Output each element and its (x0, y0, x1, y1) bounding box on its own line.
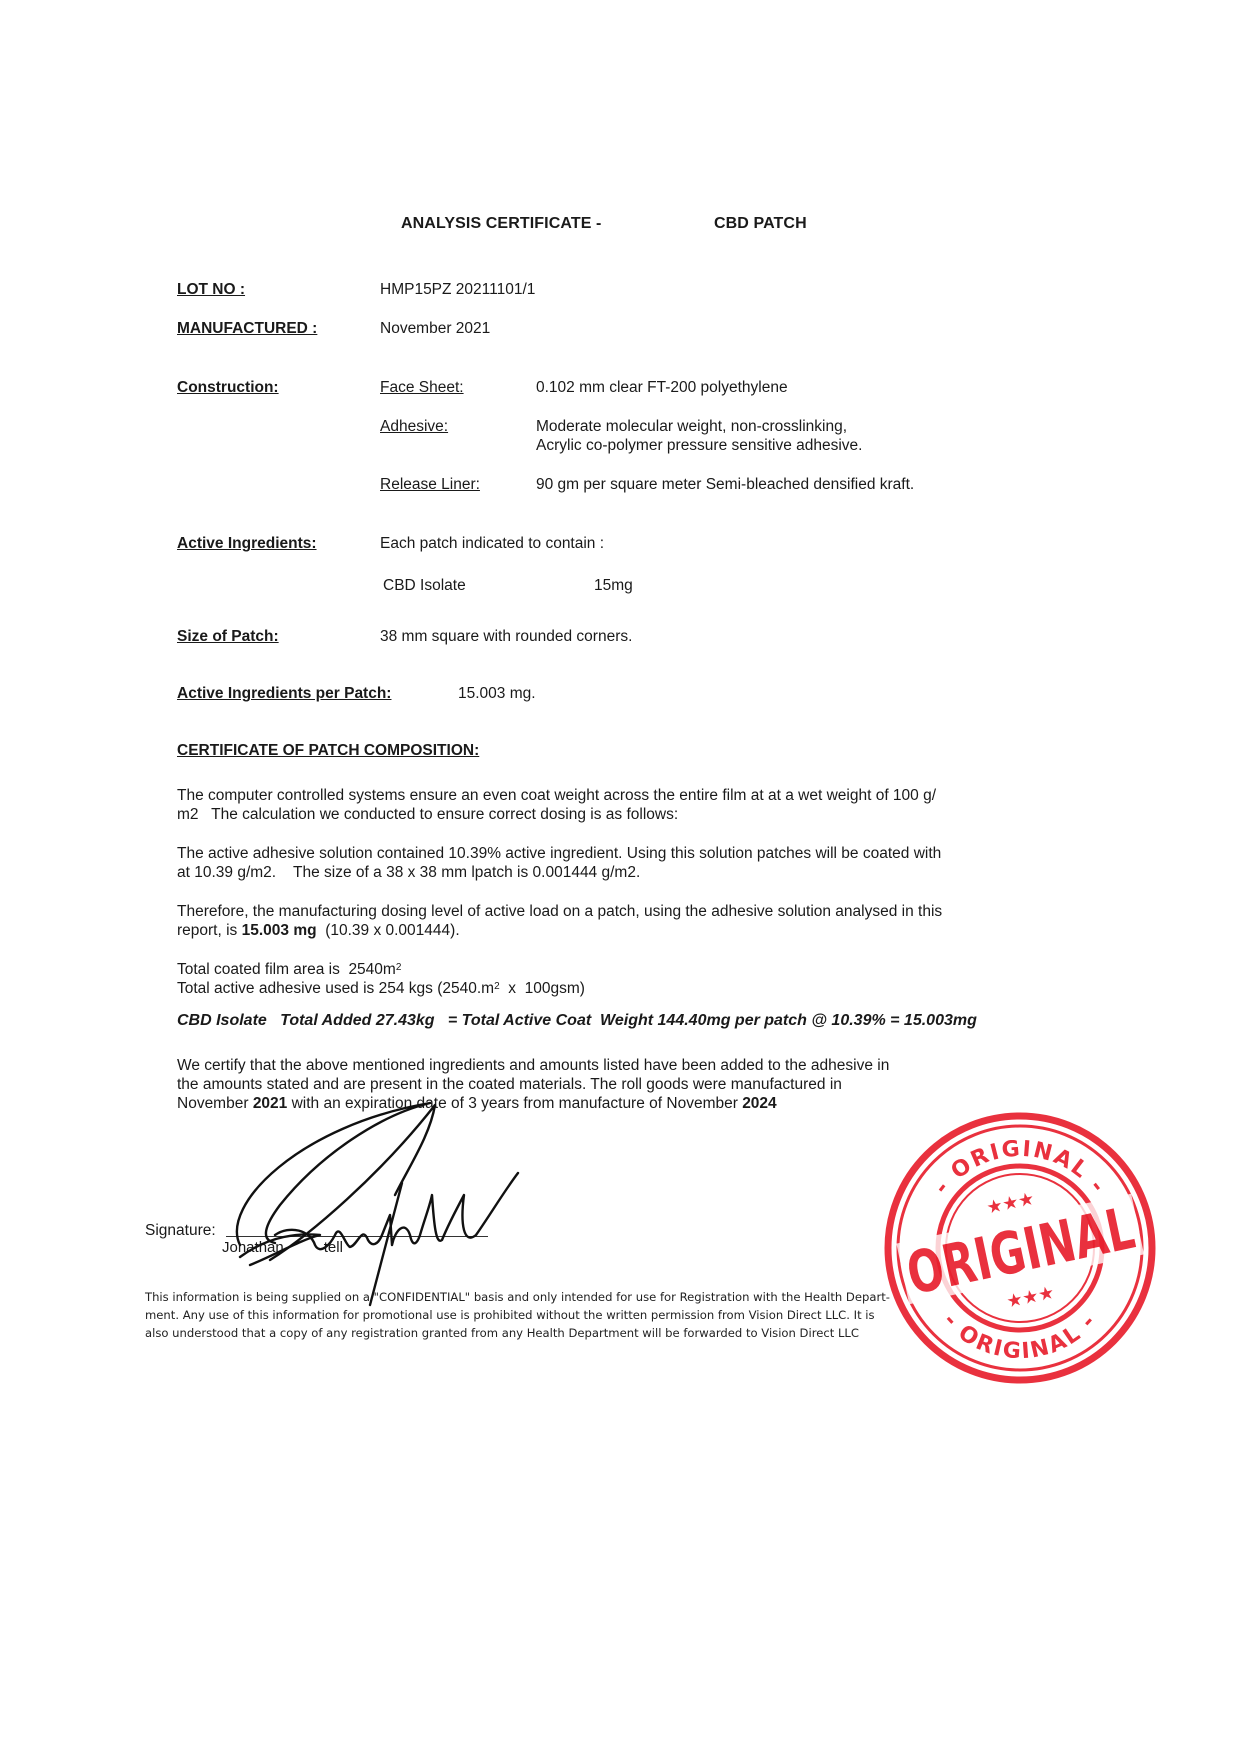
adhesive-used-suffix: x 100gsm) (500, 980, 585, 997)
p2-line2: at 10.39 g/m2. The size of a 38 x 38 mm … (177, 863, 1057, 882)
expiry-year: 2024 (742, 1095, 776, 1112)
per-patch-value: 15.003 mg. (458, 685, 536, 703)
face-sheet-label: Face Sheet: (380, 379, 464, 397)
release-liner-value: 90 gm per square meter Semi-bleached den… (536, 476, 914, 494)
composition-paragraph-1: The computer controlled systems ensure a… (177, 786, 1057, 824)
p3-suffix: (10.39 x 0.001444). (317, 922, 460, 939)
construction-label: Construction: (177, 379, 279, 397)
composition-paragraph-2: The active adhesive solution contained 1… (177, 844, 1057, 882)
product-title: CBD PATCH (714, 215, 807, 233)
p3-prefix: report, is (177, 922, 242, 939)
film-area-text: Total coated film area is 2540m (177, 961, 396, 978)
summary-line: CBD Isolate Total Added 27.43kg = Total … (177, 1012, 977, 1030)
cert-line2: the amounts stated and are present in th… (177, 1075, 1057, 1094)
certificate-title: ANALYSIS CERTIFICATE - (401, 215, 601, 233)
ingredient-name: CBD Isolate (383, 577, 466, 595)
composition-paragraph-3: Therefore, the manufacturing dosing leve… (177, 902, 1057, 940)
adhesive-used-line: Total active adhesive used is 254 kgs (2… (177, 979, 1057, 998)
totals-block: Total coated film area is 2540m2 Total a… (177, 960, 1057, 998)
p3-line2: report, is 15.003 mg (10.39 x 0.001444). (177, 921, 1057, 940)
ingredient-amount: 15mg (594, 577, 633, 595)
adhesive-value-line2: Acrylic co-polymer pressure sensitive ad… (536, 437, 862, 455)
dosing-level-value: 15.003 mg (242, 922, 317, 939)
size-of-patch-value: 38 mm square with rounded corners. (380, 628, 632, 646)
adhesive-used-text: Total active adhesive used is 254 kgs (2… (177, 980, 494, 997)
p3-line1: Therefore, the manufacturing dosing leve… (177, 902, 1057, 921)
adhesive-label: Adhesive: (380, 418, 448, 436)
active-ingredients-intro: Each patch indicated to contain : (380, 535, 604, 553)
adhesive-value-line1: Moderate molecular weight, non-crosslink… (536, 418, 847, 436)
size-of-patch-label: Size of Patch: (177, 628, 279, 646)
manufactured-label: MANUFACTURED : (177, 320, 317, 338)
manufactured-value: November 2021 (380, 320, 490, 338)
p2-line1: The active adhesive solution contained 1… (177, 844, 1057, 863)
active-ingredients-label: Active Ingredients: (177, 535, 317, 553)
cert-line1: We certify that the above mentioned ingr… (177, 1056, 1057, 1075)
handwritten-signature (180, 1095, 540, 1315)
release-liner-label: Release Liner: (380, 476, 480, 494)
original-stamp: - ORIGINAL - - ORIGINAL - ORIGINAL ★★★ ★… (880, 1108, 1160, 1388)
film-area-line: Total coated film area is 2540m2 (177, 960, 1057, 979)
lot-value: HMP15PZ 20211101/1 (380, 281, 535, 299)
per-patch-label: Active Ingredients per Patch: (177, 685, 391, 703)
lot-label: LOT NO : (177, 281, 245, 299)
film-area-sup: 2 (396, 962, 402, 973)
composition-heading: CERTIFICATE OF PATCH COMPOSITION: (177, 742, 479, 760)
adhesive-used-sup: 2 (494, 981, 500, 992)
p1-line1: The computer controlled systems ensure a… (177, 786, 1057, 805)
p1-line2: m2 The calculation we conducted to ensur… (177, 805, 1057, 824)
face-sheet-value: 0.102 mm clear FT-200 polyethylene (536, 379, 788, 397)
